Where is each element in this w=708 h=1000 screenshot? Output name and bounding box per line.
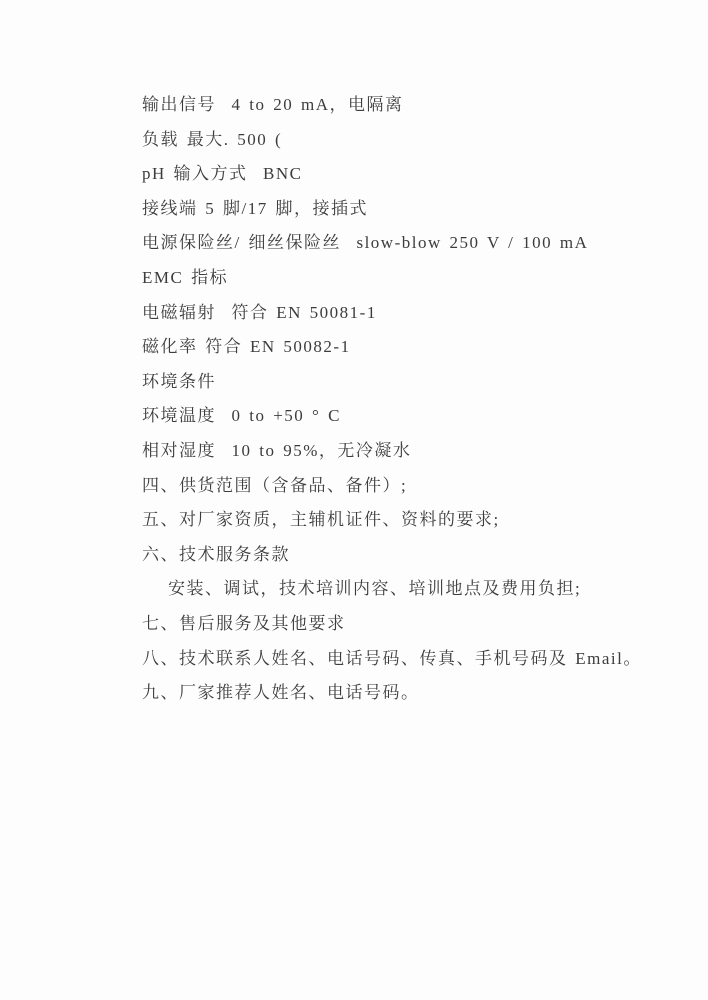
text-line: 电源保险丝/ 细丝保险丝 slow-blow 250 V / 100 mA [142,226,678,261]
text-line: 四、供货范围（含备品、备件）; [142,469,678,504]
text-line: 负载 最大. 500 ( [142,123,678,158]
text-line: 电磁辐射 符合 EN 50081-1 [142,296,678,331]
document-page: 输出信号 4 to 20 mA，电隔离负载 最大. 500 (pH 输入方式 B… [0,0,708,1000]
text-line: 接线端 5 脚/17 脚，接插式 [142,192,678,227]
text-line: 六、技术服务条款 [142,538,678,573]
text-line: 输出信号 4 to 20 mA，电隔离 [142,88,678,123]
text-line: pH 输入方式 BNC [142,157,678,192]
text-line: 安装、调试，技术培训内容、培训地点及费用负担; [142,572,678,607]
text-line: 相对湿度 10 to 95%，无冷凝水 [142,434,678,469]
text-line: EMC 指标 [142,261,678,296]
text-line: 九、厂家推荐人姓名、电话号码。 [142,676,678,711]
document-body: 输出信号 4 to 20 mA，电隔离负载 最大. 500 (pH 输入方式 B… [142,88,678,711]
text-line: 五、对厂家资质，主辅机证件、资料的要求; [142,503,678,538]
text-line: 八、技术联系人姓名、电话号码、传真、手机号码及 Email。 [142,642,678,677]
text-line: 环境条件 [142,365,678,400]
text-line: 磁化率 符合 EN 50082-1 [142,330,678,365]
text-line: 七、售后服务及其他要求 [142,607,678,642]
text-line: 环境温度 0 to +50 ° C [142,399,678,434]
